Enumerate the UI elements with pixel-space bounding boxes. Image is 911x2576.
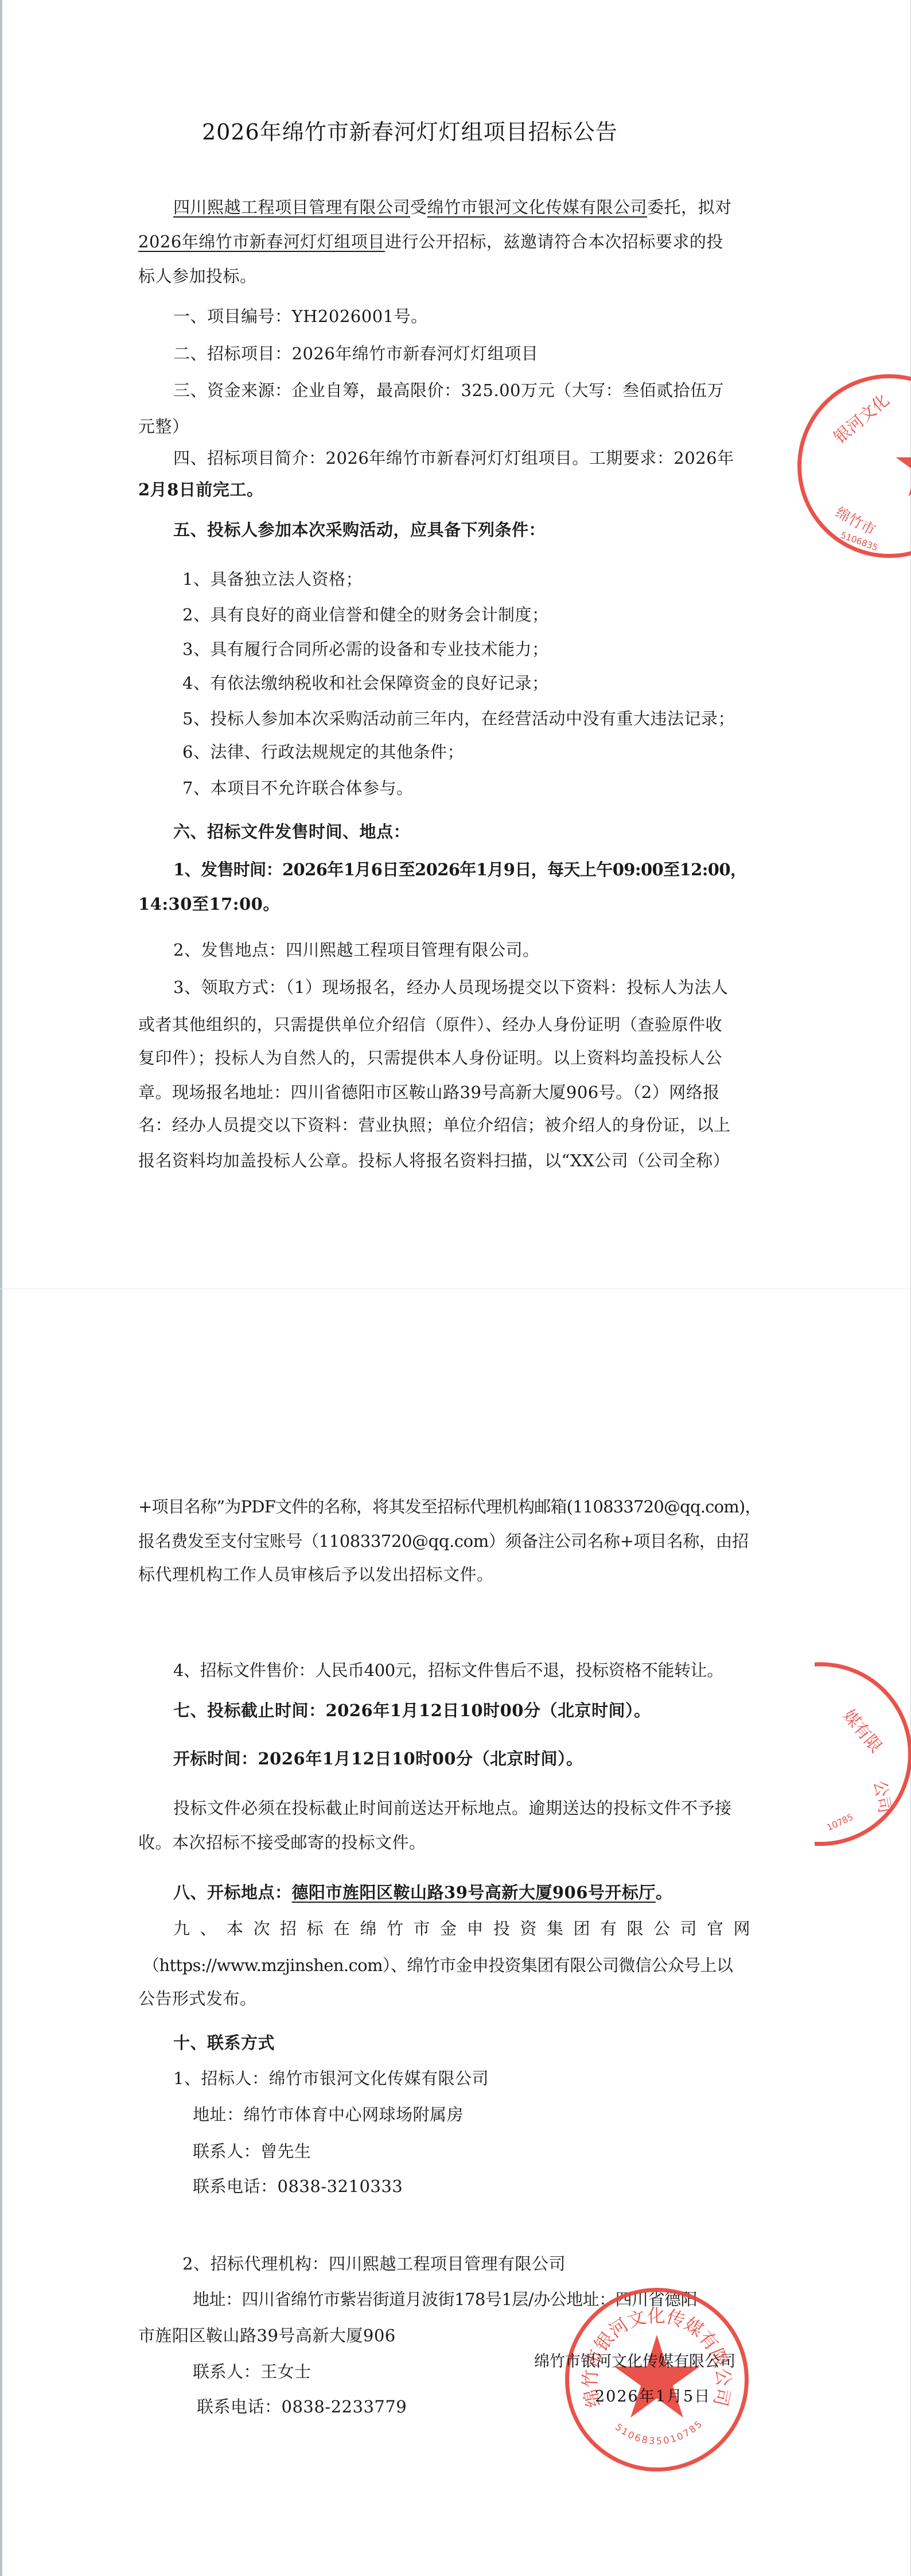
sale-time-line-1: 1、发售时间：2026年1月6日至2026年1月9日，每天上午09:00至12:…	[173, 859, 746, 880]
late-submission-line-2: 收。本次招标不接受邮寄的投标文件。	[138, 1832, 426, 1853]
svg-text:10785: 10785	[825, 1812, 855, 1833]
collection-method-line: 报名资料均加盖投标人公章。投标人将报名资料扫描，以“XX公司（公司全称）	[138, 1150, 730, 1171]
page-edge	[0, 1289, 2, 2576]
section-3-funding-line-1: 三、资金来源：企业自筹，最高限价：325.00万元（大写：叁佰贰拾伍万	[173, 380, 724, 401]
signature-date: 2026年1月5日	[595, 2387, 711, 2407]
svg-text:公司: 公司	[870, 1779, 895, 1814]
collection-method-line: 3、领取方式：（1）现场报名，经办人员现场提交以下资料：投标人为法人	[173, 977, 728, 998]
section-4-summary-line-2: 2月8日前完工。	[138, 479, 263, 500]
page-title: 2026年绵竹市新春河灯灯组项目招标公告	[202, 119, 618, 145]
section-5-heading: 五、投标人参加本次采购活动，应具备下列条件：	[173, 519, 546, 540]
document-page-2: +项目名称”为PDF文件的名称，将其发至招标代理机构邮箱(110833720@q…	[0, 1289, 911, 2576]
requirement-item: 1、具备独立法人资格；	[182, 569, 363, 589]
collection-method-line: 名：经办人员提交以下资料：营业执照；单位介绍信；被介绍人的身份证，以上	[138, 1115, 731, 1135]
contact-tenderer-label: 1、招标人：绵竹市银河文化传媒有限公司	[173, 2068, 489, 2089]
section-2-project: 二、招标项目：2026年绵竹市新春河灯灯组项目	[173, 343, 538, 364]
collection-method-cont-line: +项目名称”为PDF文件的名称，将其发至招标代理机构邮箱(110833720@q…	[138, 1496, 761, 1517]
company-seal-partial: 媒有限 公司 10785	[815, 1656, 911, 1852]
collection-method-line: 复印件）；投标人为自然人的，只需提供本人身份证明。以上资料均盖投标人公	[138, 1048, 722, 1068]
intro-line-1: 四川熙越工程项目管理有限公司受绵竹市银河文化传媒有限公司委托，拟对	[173, 197, 732, 218]
svg-text:媒有限: 媒有限	[839, 1706, 886, 1756]
section-3-funding-line-2: 元整）	[138, 416, 189, 437]
contact-agent-address-line-2: 市旌阳区鞍山路39号高新大厦906	[138, 2325, 396, 2346]
company-seal: 绵竹市银河文化传媒有限公司 5106835010785	[565, 2288, 749, 2472]
svg-text:绵竹市: 绵竹市	[833, 504, 878, 539]
section-10-heading: 十、联系方式	[173, 2032, 275, 2053]
section-6-heading: 六、招标文件发售时间、地点：	[173, 821, 410, 842]
requirement-item: 4、有依法缴纳税收和社会保障资金的良好记录；	[182, 673, 548, 693]
opening-time: 开标时间：2026年1月12日10时00分（北京时间）。	[173, 1748, 583, 1769]
project-name-link: 2026年绵竹市新春河灯灯组项目	[138, 232, 385, 251]
requirement-item: 6、法律、行政法规规定的其他条件；	[182, 742, 464, 762]
svg-text:5106835010785: 5106835010785	[613, 2418, 705, 2447]
svg-text:银河文化: 银河文化	[830, 390, 893, 447]
collection-method-line: 或者其他组织的，只需提供单位介绍信（原件）、经办人身份证明（查验原件收	[138, 1014, 722, 1035]
sale-location: 2、发售地点：四川熙越工程项目管理有限公司。	[173, 940, 539, 960]
document-page-1: 2026年绵竹市新春河灯灯组项目招标公告 四川熙越工程项目管理有限公司受绵竹市银…	[0, 0, 911, 1289]
section-8-opening-location: 八、开标地点：德阳市旌阳区鞍山路39号高新大厦906号开标厅。	[173, 1882, 672, 1903]
contact-tenderer-phone: 联系电话：0838-3210333	[193, 2176, 403, 2197]
opening-location-address: 德阳市旌阳区鞍山路39号高新大厦906号开标厅	[292, 1883, 656, 1902]
page-edge	[0, 0, 2, 1289]
collection-method-cont-line: 报名费发至支付宝账号（110833720@qq.com）须备注公司名称+项目名称…	[138, 1531, 749, 1551]
contact-tenderer-address: 地址：绵竹市体育中心网球场附属房	[193, 2104, 464, 2125]
agent-name-link: 四川熙越工程项目管理有限公司	[173, 197, 410, 217]
signature-company: 绵竹市银河文化传媒有限公司	[534, 2352, 735, 2372]
section-1-project-number: 一、项目编号：YH2026001号。	[173, 306, 428, 327]
intro-line-3: 标人参加投标。	[138, 266, 257, 286]
sale-time-line-2: 14:30至17:00。	[138, 894, 280, 914]
section-7-deadline: 七、投标截止时间：2026年1月12日10时00分（北京时间）。	[173, 1700, 651, 1721]
intro-line-2: 2026年绵竹市新春河灯灯组项目进行公开招标，兹邀请符合本次招标要求的投	[138, 231, 723, 252]
contact-agent-phone: 联系电话：0838-2233779	[197, 2396, 407, 2417]
requirement-item: 2、具有良好的商业信誉和健全的财务会计制度；	[182, 604, 548, 625]
collection-method-cont-line: 标代理机构工作人员审核后予以发出招标文件。	[138, 1564, 494, 1585]
tenderer-name-link: 绵竹市银河文化传媒有限公司	[427, 197, 648, 217]
contact-tenderer-person: 联系人：曾先生	[193, 2141, 312, 2162]
contact-agent-person: 联系人：王女士	[193, 2361, 312, 2382]
section-9-publication-line-2: （https://www.mzjinshen.com）、绵竹市金申投资集团有限公…	[143, 1955, 733, 1976]
collection-method-line: 章。现场报名地址：四川省德阳市区鞍山路39号高新大厦906号。（2）网络报	[138, 1082, 720, 1103]
requirement-item: 7、本项目不允许联合体参与。	[182, 778, 413, 798]
document-price: 4、招标文件售价：人民币400元，招标文件售后不退，投标资格不能转让。	[173, 1660, 723, 1681]
section-9-publication-line-3: 公告形式发布。	[138, 1988, 257, 2009]
company-seal-partial: 绵竹市 银河文化 5106835	[792, 367, 911, 562]
section-9-publication-line-1: 九、本次招标在绵竹市金申投资集团有限公司官网	[173, 1918, 760, 1939]
section-4-summary-line-1: 四、招标项目简介：2026年绵竹市新春河灯灯组项目。工期要求：2026年	[173, 448, 734, 468]
requirement-item: 3、具有履行合同所必需的设备和专业技术能力；	[182, 639, 548, 659]
contact-agent-label: 2、招标代理机构：四川熙越工程项目管理有限公司	[182, 2253, 566, 2274]
late-submission-line-1: 投标文件必须在投标截止时间前送达开标地点。逾期送达的投标文件不予接	[173, 1798, 732, 1818]
requirement-item: 5、投标人参加本次采购活动前三年内，在经营活动中没有重大违法记录；	[182, 708, 735, 729]
